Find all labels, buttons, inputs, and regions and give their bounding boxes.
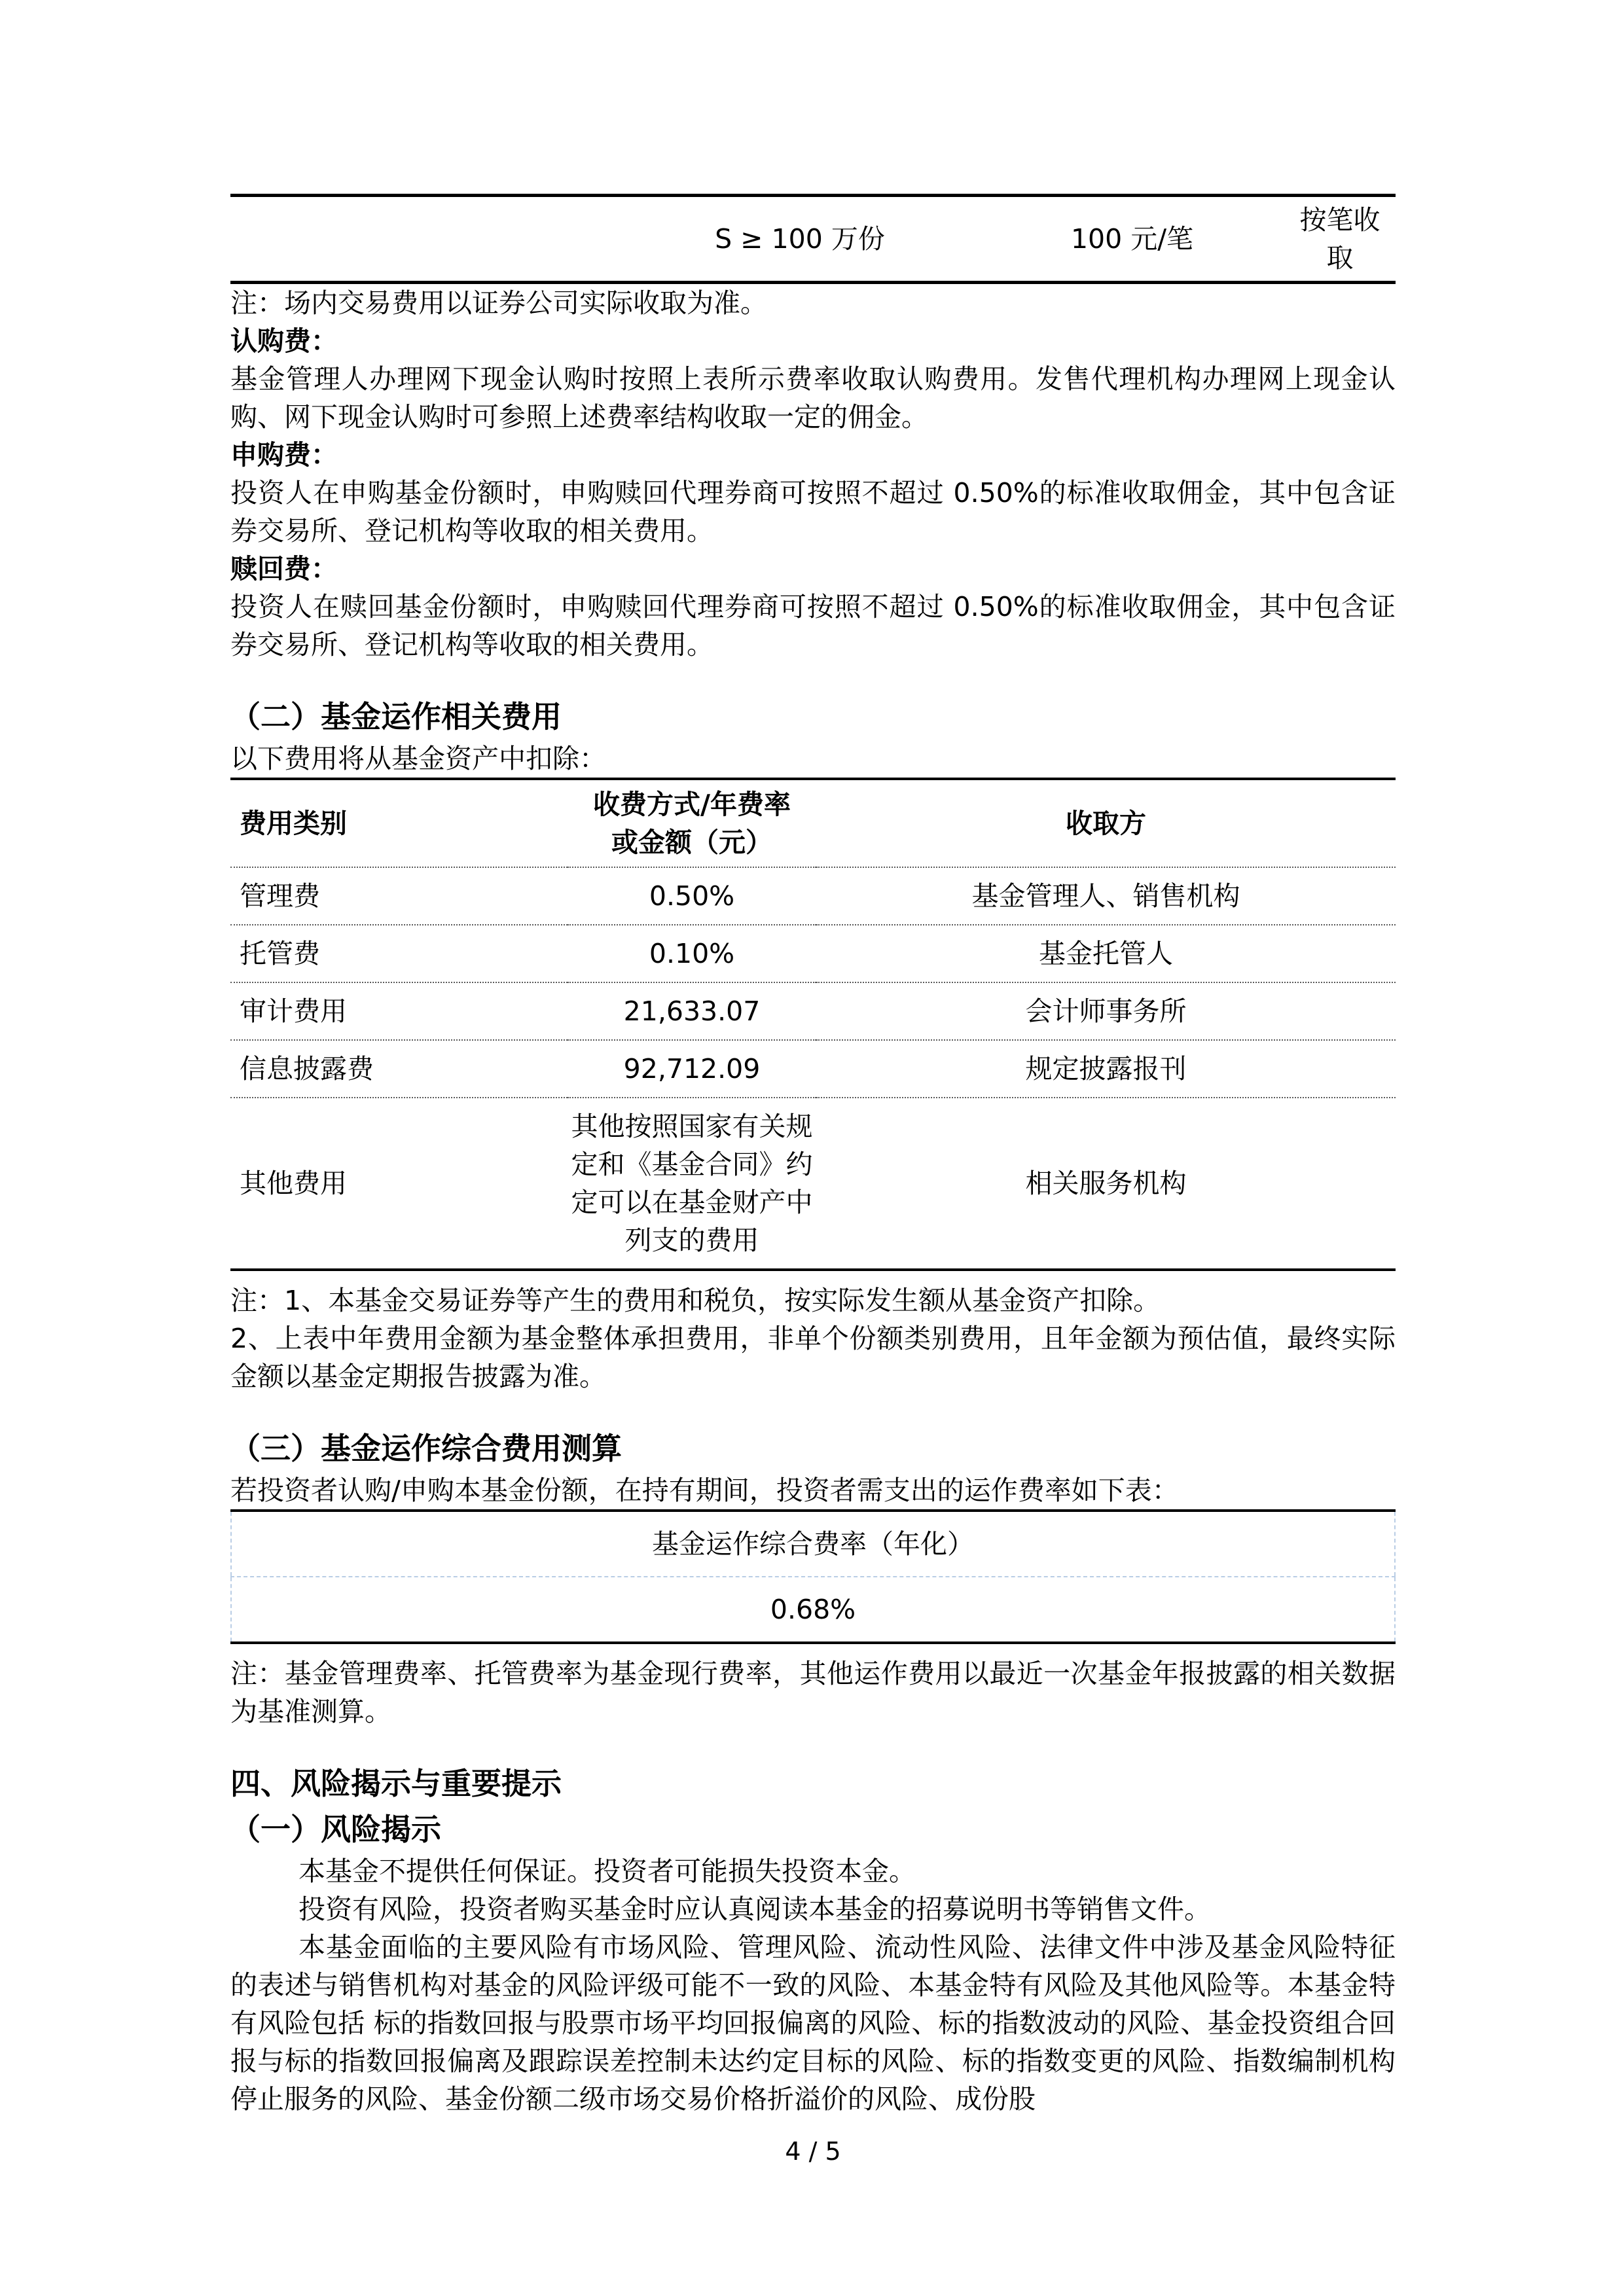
- section-risk-heading: 四、风险揭示与重要提示: [230, 1761, 1396, 1806]
- composite-fee-note: 注：基金管理费率、托管费率为基金现行费率，其他运作费用以最近一次基金年报披露的相…: [230, 1655, 1396, 1731]
- fee-payee-cell: 基金管理人、销售机构: [816, 867, 1396, 925]
- fee-rate-cell: 21,633.07: [568, 982, 816, 1040]
- redemption-fee-text: 投资人在赎回基金份额时，申购赎回代理券商可按照不超过 0.50%的标准收取佣金，…: [230, 588, 1396, 664]
- composite-fee-intro: 若投资者认购/申购本基金份额，在持有期间，投资者需支出的运作费率如下表：: [230, 1471, 1396, 1509]
- risk-disclosure-subheading: （一）风险揭示: [230, 1806, 1396, 1852]
- exchange-fee-note: 注：场内交易费用以证券公司实际收取为准。: [230, 284, 1396, 322]
- col-header-category: 费用类别: [230, 779, 568, 867]
- fee-category-cell: 其他费用: [230, 1098, 568, 1270]
- fee-category-cell: 信息披露费: [230, 1040, 568, 1098]
- fee-payee-cell: 基金托管人: [816, 925, 1396, 982]
- table-row: 信息披露费 92,712.09 规定披露报刊: [230, 1040, 1396, 1098]
- redemption-fee-label: 赎回费：: [230, 550, 1396, 588]
- page-number: 4 / 5: [230, 2135, 1396, 2168]
- fee-category-cell: 管理费: [230, 867, 568, 925]
- fee-type-cell: [230, 196, 620, 283]
- composite-fee-header-cell: 基金运作综合费率（年化）: [231, 1511, 1395, 1577]
- operation-fee-note-2: 2、上表中年费用金额为基金整体承担费用，非单个份额类别费用，且年金额为预估值，最…: [230, 1319, 1396, 1395]
- exchange-fee-table: S ≥ 100 万份 100 元/笔 按笔收取: [230, 194, 1396, 284]
- col-header-payee: 收取方: [816, 779, 1396, 867]
- fee-category-cell: 托管费: [230, 925, 568, 982]
- charge-method-cell: 按笔收取: [1284, 196, 1396, 283]
- section-operation-fees-heading: （二）基金运作相关费用: [230, 694, 1396, 740]
- fee-category-cell: 审计费用: [230, 982, 568, 1040]
- operation-fees-intro: 以下费用将从基金资产中扣除：: [230, 740, 1396, 778]
- col-header-rate: 收费方式/年费率 或金额（元）: [568, 779, 816, 867]
- fee-rate-cell: 其他按照国家有关规定和《基金合同》约定可以在基金财产中列支的费用: [568, 1098, 816, 1270]
- risk-paragraph-2: 投资有风险，投资者购买基金时应认真阅读本基金的招募说明书等销售文件。: [230, 1890, 1396, 1928]
- table-row: S ≥ 100 万份 100 元/笔 按笔收取: [230, 196, 1396, 283]
- table-row: 管理费 0.50% 基金管理人、销售机构: [230, 867, 1396, 925]
- risk-paragraph-3: 本基金面临的主要风险有市场风险、管理风险、流动性风险、法律文件中涉及基金风险特征…: [230, 1928, 1396, 2118]
- page-content: S ≥ 100 万份 100 元/笔 按笔收取 注：场内交易费用以证券公司实际收…: [230, 194, 1396, 2168]
- table-row: 其他费用 其他按照国家有关规定和《基金合同》约定可以在基金财产中列支的费用 相关…: [230, 1098, 1396, 1270]
- section-composite-fee-heading: （三）基金运作综合费用测算: [230, 1426, 1396, 1471]
- fee-payee-cell: 规定披露报刊: [816, 1040, 1396, 1098]
- share-tier-cell: S ≥ 100 万份: [620, 196, 980, 283]
- operation-fee-note-1: 注：1、本基金交易证券等产生的费用和税负，按实际发生额从基金资产扣除。: [230, 1282, 1396, 1319]
- table-header-row: 费用类别 收费方式/年费率 或金额（元） 收取方: [230, 779, 1396, 867]
- fee-payee-cell: 会计师事务所: [816, 982, 1396, 1040]
- purchase-fee-text: 投资人在申购基金份额时，申购赎回代理券商可按照不超过 0.50%的标准收取佣金，…: [230, 474, 1396, 550]
- fee-rate-cell: 92,712.09: [568, 1040, 816, 1098]
- table-row: 托管费 0.10% 基金托管人: [230, 925, 1396, 982]
- fee-rate-cell: 0.10%: [568, 925, 816, 982]
- subscription-fee-label: 认购费：: [230, 322, 1396, 360]
- fee-rate-cell: 0.50%: [568, 867, 816, 925]
- subscription-fee-text: 基金管理人办理网下现金认购时按照上表所示费率收取认购费用。发售代理机构办理网上现…: [230, 360, 1396, 436]
- composite-fee-table: 基金运作综合费率（年化） 0.68%: [230, 1509, 1396, 1644]
- table-header-row: 基金运作综合费率（年化）: [231, 1511, 1395, 1577]
- table-row: 审计费用 21,633.07 会计师事务所: [230, 982, 1396, 1040]
- purchase-fee-label: 申购费：: [230, 436, 1396, 474]
- fee-rate-cell: 100 元/笔: [980, 196, 1284, 283]
- table-row: 0.68%: [231, 1577, 1395, 1643]
- document-page: S ≥ 100 万份 100 元/笔 按笔收取 注：场内交易费用以证券公司实际收…: [0, 0, 1624, 2296]
- risk-paragraph-1: 本基金不提供任何保证。投资者可能损失投资本金。: [230, 1852, 1396, 1890]
- composite-fee-value-cell: 0.68%: [231, 1577, 1395, 1643]
- operation-fee-table: 费用类别 收费方式/年费率 或金额（元） 收取方 管理费 0.50% 基金管理人…: [230, 778, 1396, 1271]
- fee-payee-cell: 相关服务机构: [816, 1098, 1396, 1270]
